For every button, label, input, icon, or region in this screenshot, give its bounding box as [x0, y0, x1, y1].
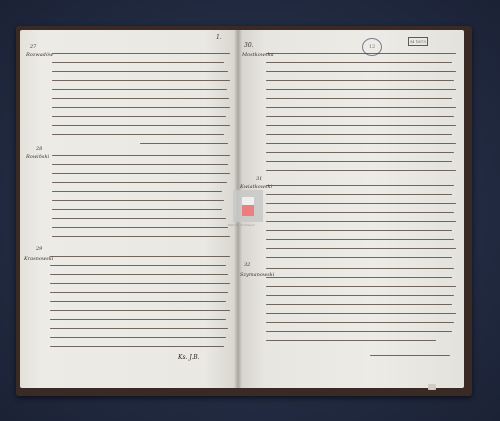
right-page: 30. — [238, 30, 464, 388]
entry-number: 31 — [256, 176, 262, 182]
page-number-left: 1. — [216, 34, 222, 41]
priest-signature: Ks. J.B. — [178, 354, 200, 361]
page-corner-wear — [428, 384, 436, 390]
entry-margin-name: Krasnowski — [24, 256, 53, 262]
watermark-label: Metryki Archiwum — [228, 223, 255, 227]
entry-margin-name: Rozwadów — [26, 52, 53, 58]
entry-margin-name: Rowiński — [26, 154, 49, 160]
entry-number: 28 — [36, 146, 42, 152]
entry-number: 27 — [30, 44, 36, 50]
entry-number: 32 — [244, 262, 250, 268]
archive-stamp-rect: M 1873 — [408, 37, 428, 46]
entry-number: 29 — [36, 246, 42, 252]
watermark-logo — [233, 190, 263, 222]
page-number-right: 30. — [244, 42, 254, 49]
